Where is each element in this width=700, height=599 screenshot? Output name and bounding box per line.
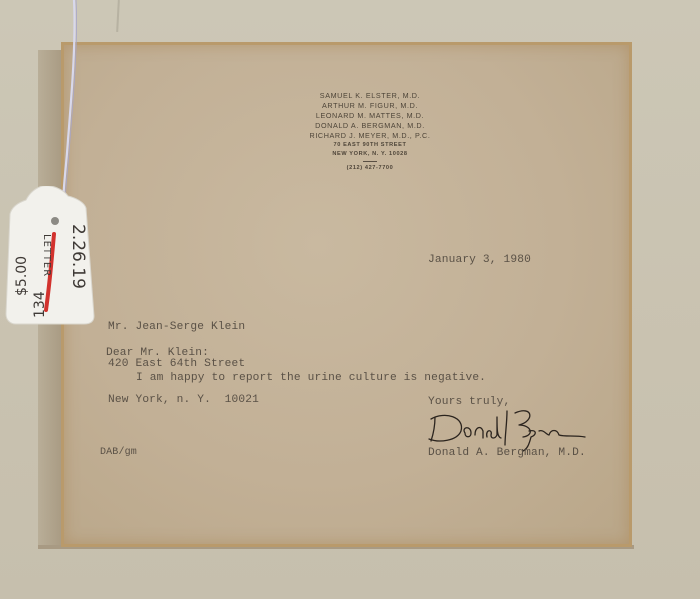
letterhead-name: ARTHUR M. FIGUR, M.D.: [260, 101, 480, 111]
recipient-name: Mr. Jean-Serge Klein: [108, 321, 259, 334]
tag-string: [58, 0, 198, 210]
letterhead-divider: [363, 161, 377, 162]
tag-label: LETTER: [41, 234, 52, 277]
salutation: Dear Mr. Klein:: [106, 347, 209, 359]
signature-name: Donald A. Bergman, M.D.: [428, 447, 586, 459]
tag-code: 134: [32, 291, 48, 318]
letterhead-name: DONALD A. BERGMAN, M.D.: [260, 121, 480, 131]
letterhead-street: 70 EAST 90TH STREET: [260, 141, 480, 150]
reference-initials: DAB/gm: [100, 447, 137, 458]
recipient-street: 420 East 64th Street: [108, 358, 259, 371]
handwritten-signature: [425, 405, 595, 453]
recipient-city: New York, n. Y. 10021: [108, 394, 259, 407]
tag-date: 2.26.19: [68, 224, 88, 289]
price-tag: 2.26.19 LETTER $5.00 134: [2, 186, 98, 326]
letterhead-name: RICHARD J. MEYER, M.D., P.C.: [260, 131, 480, 141]
letter-date: January 3, 1980: [428, 254, 531, 266]
letterhead-name: LEONARD M. MATTES, M.D.: [260, 111, 480, 121]
letterhead-city: NEW YORK, N. Y. 10028: [260, 150, 480, 159]
tag-price: $5.00: [14, 256, 30, 296]
letter-body: I am happy to report the urine culture i…: [136, 372, 486, 384]
letterhead-name: SAMUEL K. ELSTER, M.D.: [260, 91, 480, 101]
letterhead: SAMUEL K. ELSTER, M.D. ARTHUR M. FIGUR, …: [260, 91, 480, 171]
letterhead-phone: (212) 427-7700: [260, 165, 480, 171]
